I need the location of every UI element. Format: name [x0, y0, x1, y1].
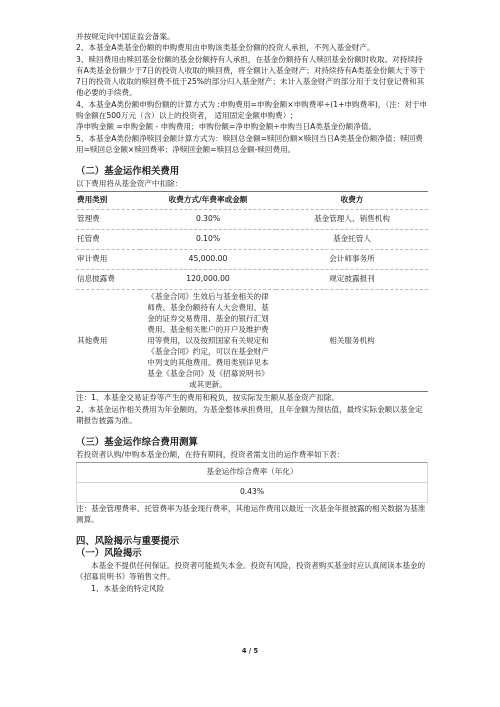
- payee-cell: 相关服务机构: [276, 289, 428, 392]
- section-title-composite-fees: （三）基金运作综合费用测算: [76, 437, 428, 449]
- payee-cell: 会计师事务所: [276, 249, 428, 269]
- intro-paragraph-2: 2、本基金A类基金份额的申购费用由申购该类基金份额的投资人承担，不列入基金财产。: [76, 42, 428, 53]
- section-subtitle-composite-fees: 若投资者认购/申购本基金份额，在持有期间，投资者需支出的运作费率如下表：: [76, 449, 428, 460]
- intro-paragraph-1: 并按规定向中国证监会备案。: [76, 31, 428, 42]
- table-row: 其他费用 《基金合同》生效后与基金相关的律师费、基金份额持有人大会费用、基金的证…: [76, 289, 428, 392]
- intro-paragraph-6: 5、本基金A类份额净赎回金额计算方式为：赎回总金额=赎回份额×赎回当日A类基金份…: [76, 133, 428, 156]
- fee-type-cell: 其他费用: [76, 289, 140, 392]
- composite-rate-header: 基金运作综合费率（年化）: [77, 462, 428, 482]
- column-header-fee-type: 费用类别: [76, 191, 140, 209]
- table-row: 管理费 0.30% 基金管理人、销售机构: [76, 209, 428, 229]
- fee-type-cell: 审计费用: [76, 249, 140, 269]
- table-row: 审计费用 45,000.00 会计师事务所: [76, 249, 428, 269]
- fee-type-cell: 管理费: [76, 209, 140, 229]
- section-subtitle-risk-disclosure: （一）风险揭示: [76, 548, 428, 560]
- spacer: [76, 426, 428, 437]
- risk-paragraph: 本基金不提供任何保证。投资者可能损失本金。投资有风险，投资者购买基金时应认真阅读…: [76, 560, 428, 583]
- fee-type-cell: 信息披露费: [76, 269, 140, 289]
- fee-description-cell: 《基金合同》生效后与基金相关的律师费、基金份额持有人大会费用、基金的证券交易费用…: [140, 289, 276, 392]
- column-header-fee-rate: 收费方式/年费率或金额: [140, 191, 276, 209]
- spacer: [76, 155, 428, 166]
- payee-cell: 基金托管人: [276, 229, 428, 249]
- fee-rate-cell: 45,000.00: [140, 249, 276, 269]
- document-page: 并按规定向中国证监会备案。 2、本基金A类基金份额的申购费用由申购该类基金份额的…: [76, 31, 428, 594]
- composite-rate-table: 基金运作综合费率（年化） 0.43%: [76, 462, 428, 503]
- fee-rate-cell: 120,000.00: [140, 269, 276, 289]
- operating-fees-table: 费用类别 收费方式/年费率或金额 收费方 管理费 0.30% 基金管理人、销售机…: [76, 191, 428, 393]
- fees-note-2: 2、本基金运作相关费用为年金额的，为基金整体承担费用，且年金额为预估值，最终实际…: [76, 404, 428, 427]
- table-row: 0.43%: [77, 482, 428, 502]
- composite-fees-note: 注：基金管理费率、托管费率为基金现行费率，其他运作费用以最近一次基金年报披露的相…: [76, 503, 428, 526]
- payee-cell: 规定披露报刊: [276, 269, 428, 289]
- table-header-row: 费用类别 收费方式/年费率或金额 收费方: [76, 191, 428, 209]
- table-row: 信息披露费 120,000.00 规定披露报刊: [76, 269, 428, 289]
- intro-paragraph-5: 净申购金额 =申购金额 - 申购费用；申购份额=净申购金额÷申购当日A类基金份额…: [76, 121, 428, 132]
- fee-rate-cell: 0.10%: [140, 229, 276, 249]
- section-subtitle-operating-fees: 以下费用将从基金资产中扣除：: [76, 178, 428, 189]
- fees-note-1: 注：1、本基金交易证券等产生的费用和税负，按实际发生额从基金资产扣除。: [76, 392, 428, 403]
- intro-paragraph-3: 3、赎回费用由赎回基金份额的基金份额持有人承担，在基金份额持有人赎回基金份额时收…: [76, 54, 428, 99]
- page-number: 4 / 5: [0, 647, 500, 655]
- risk-item-1: 1、本基金的特定风险: [76, 583, 428, 594]
- table-row: 托管费 0.10% 基金托管人: [76, 229, 428, 249]
- section-title-operating-fees: （二）基金运作相关费用: [76, 166, 428, 178]
- column-header-payee: 收费方: [276, 191, 428, 209]
- composite-rate-value: 0.43%: [77, 482, 428, 502]
- table-header-row: 基金运作综合费率（年化）: [77, 462, 428, 482]
- spacer: [76, 525, 428, 536]
- payee-cell: 基金管理人、销售机构: [276, 209, 428, 229]
- fee-rate-cell: 0.30%: [140, 209, 276, 229]
- section-title-risk-disclosure: 四、风险揭示与重要提示: [76, 536, 428, 548]
- intro-paragraph-4: 4、本基金A类份额申购份额的计算方式为 :申购费用=申购金额×申购费率÷(1+申…: [76, 99, 428, 122]
- fee-type-cell: 托管费: [76, 229, 140, 249]
